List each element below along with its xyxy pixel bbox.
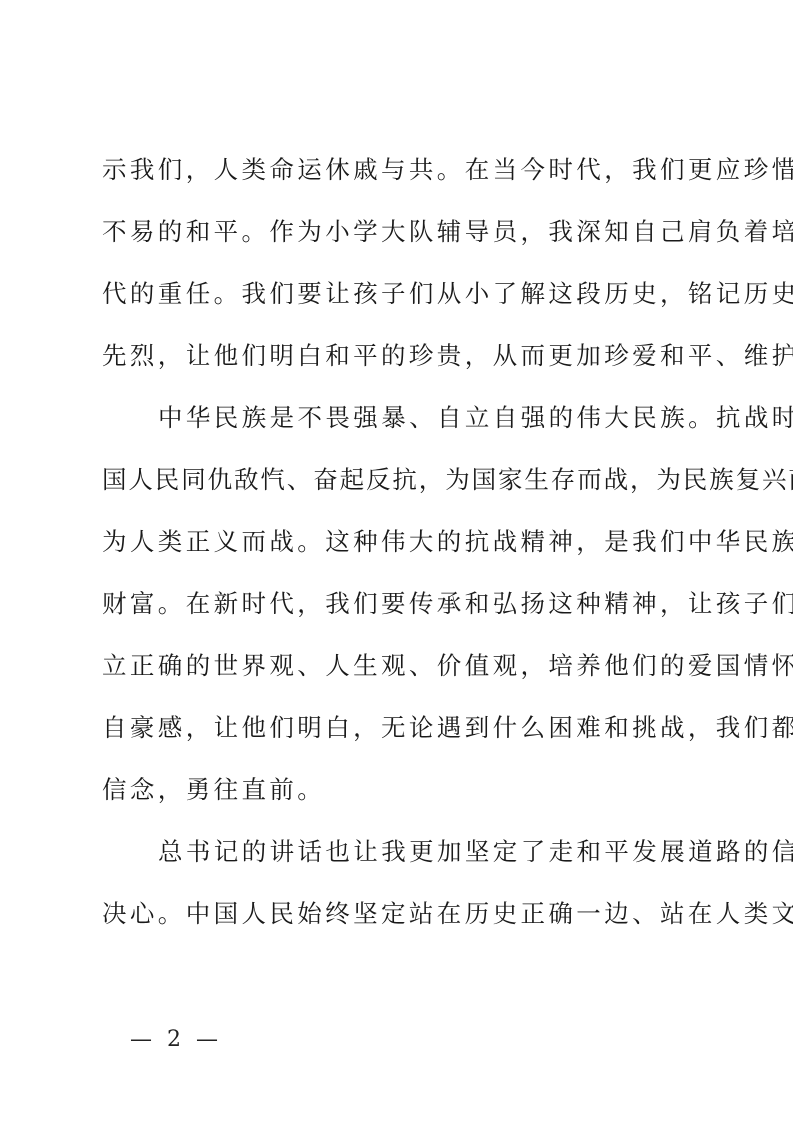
paragraph-start-line: 中华民族是不畏强暴、自立自强的伟大民族。抗战时期，中 <box>102 400 702 462</box>
text-line: 信念，勇往直前。 <box>102 772 702 834</box>
text-line: 不易的和平。作为小学大队辅导员，我深知自己肩负着培养下一 <box>102 214 702 276</box>
paragraph-start-line: 总书记的讲话也让我更加坚定了走和平发展道路的信心和 <box>102 834 702 896</box>
text-line: 立正确的世界观、人生观、价值观，培养他们的爱国情怀和民族 <box>102 648 702 710</box>
text-line: 示我们，人类命运休戚与共。在当今时代，我们更应珍惜这来之 <box>102 152 702 214</box>
text-line: 决心。中国人民始终坚定站在历史正确一边、站在人类文明进步 <box>102 896 702 958</box>
text-line: 为人类正义而战。这种伟大的抗战精神，是我们中华民族的宝贵 <box>102 524 702 586</box>
text-line: 代的重任。我们要让孩子们从小了解这段历史，铭记历史，缅怀 <box>102 276 702 338</box>
text-line: 先烈，让他们明白和平的珍贵，从而更加珍爱和平、维护和平。 <box>102 338 702 400</box>
page-number: — 2 — <box>130 1027 222 1052</box>
document-page: 示我们，人类命运休戚与共。在当今时代，我们更应珍惜这来之 不易的和平。作为小学大… <box>0 0 793 1122</box>
text-line: 国人民同仇敌忾、奋起反抗，为国家生存而战，为民族复兴而战， <box>102 462 702 524</box>
text-line: 自豪感，让他们明白，无论遇到什么困难和挑战，我们都要坚定 <box>102 710 702 772</box>
text-line: 财富。在新时代，我们要传承和弘扬这种精神，让孩子们从小树 <box>102 586 702 648</box>
body-text: 示我们，人类命运休戚与共。在当今时代，我们更应珍惜这来之 不易的和平。作为小学大… <box>102 152 702 958</box>
